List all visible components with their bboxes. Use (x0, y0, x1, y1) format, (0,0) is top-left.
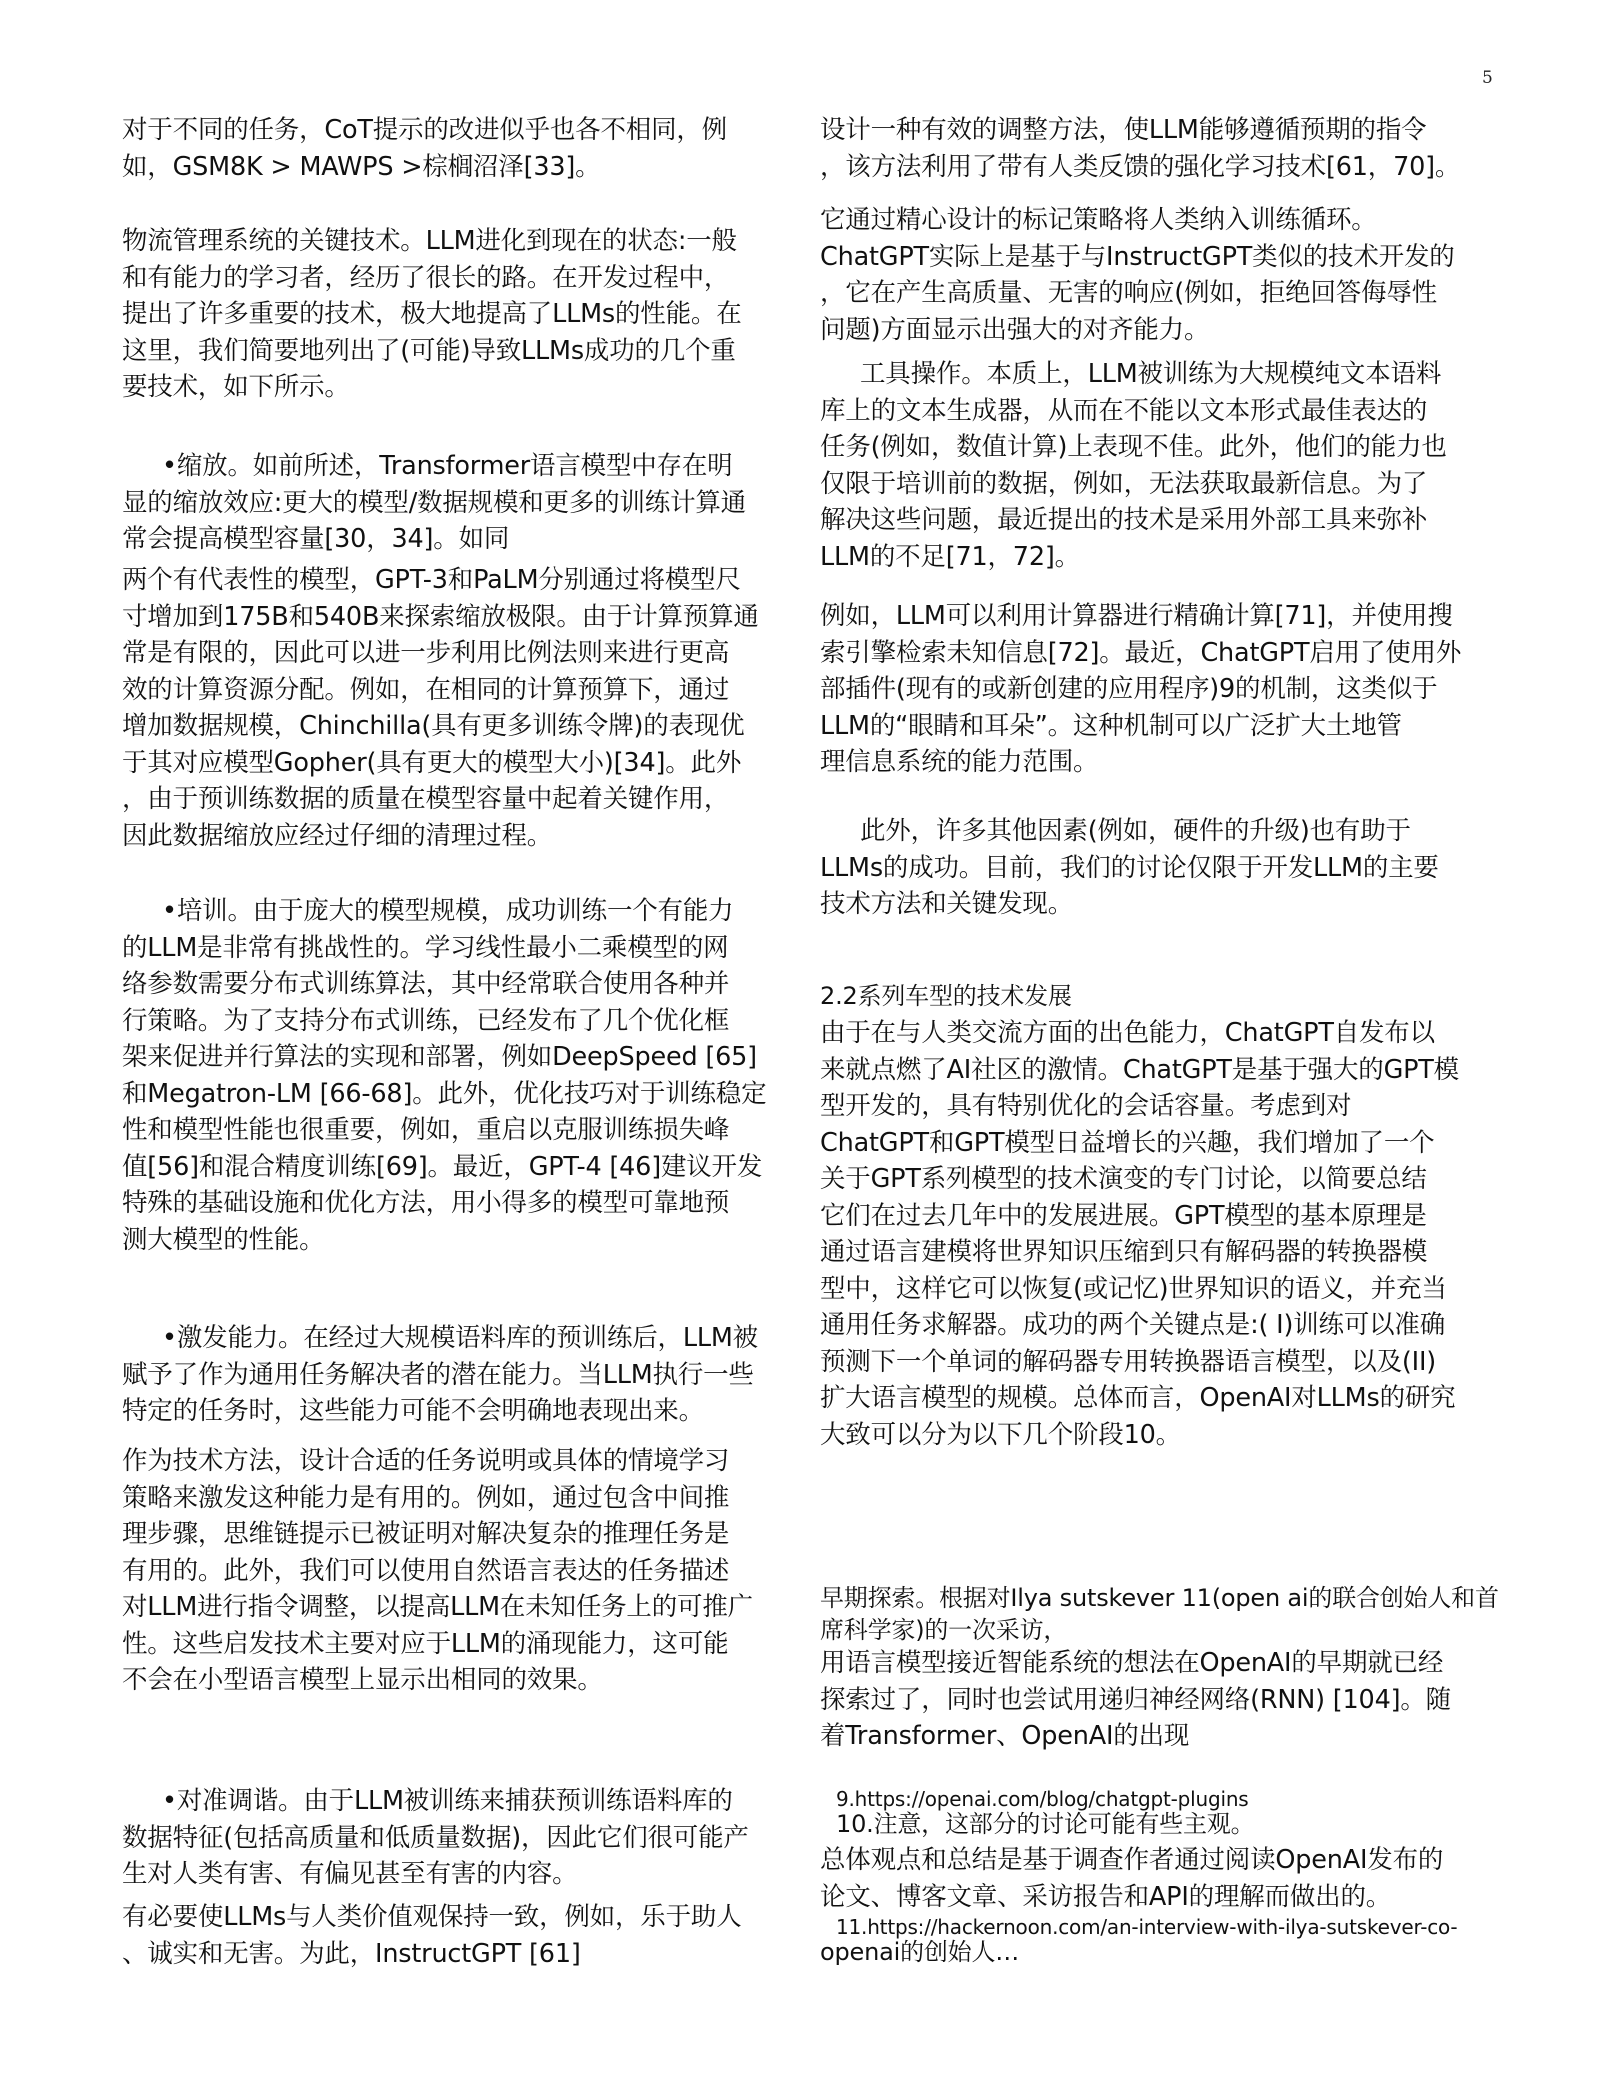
paragraph-instruction-tuning: 设计一种有效的调整方法，使LLM能够遵循预期的指令 ，该方法利用了带有人类反馈的… (820, 112, 1520, 185)
section-heading: 2.2系列车型的技术发展 (820, 978, 1520, 1015)
bullet-training: •培训。由于庞大的模型规模，成功训练一个有能力 的LLM是非常有挑战性的。学习线… (122, 893, 822, 1258)
paragraph-tool-continued: 例如，LLM可以利用计算器进行精确计算[71]，并使用搜 索引擎检索未知信息[7… (820, 598, 1520, 781)
footnote-11-continued: openai的创始人… (820, 1936, 1520, 1968)
paragraph-tool-manipulation: 工具操作。本质上，LLM被训练为大规模纯文本语料 库上的文本生成器，从而在不能以… (820, 356, 1520, 575)
paragraph-alignment-continued: 有必要使LLMs与人类价值观保持一致，例如，乐于助人 、诚实和无害。为此，Ins… (122, 1899, 822, 1972)
bullet-eliciting: •激发能力。在经过大规模语料库的预训练后，LLM被 赋予了作为通用任务解决者的潜… (122, 1320, 822, 1430)
paragraph-scaling-continued: 两个有代表性的模型，GPT-3和PaLM分别通过将模型尺 寸增加到175B和54… (122, 562, 822, 854)
footnote-10: 10.注意，这部分的讨论可能有些主观。 (820, 1808, 1536, 1840)
paragraph-other-factors: 此外，许多其他因素(例如，硬件的升级)也有助于 LLMs的成功。目前，我们的讨论… (820, 813, 1520, 923)
bullet-scaling: •缩放。如前所述，Transformer语言模型中存在明 显的缩放效应:更大的模… (122, 448, 822, 558)
footnote-10-continued: 总体观点和总结是基于调查作者通过阅读OpenAI发布的 论文、博客文章、采访报告… (820, 1842, 1520, 1915)
paragraph-key-techniques: 物流管理系统的关键技术。LLM进化到现在的状态:一般 和有能力的学习者，经历了很… (122, 223, 822, 406)
paragraph-chatgpt-alignment: 它通过精心设计的标记策略将人类纳入训练循环。 ChatGPT实际上是基于与Ins… (820, 202, 1520, 348)
page-number: 5 (1482, 68, 1493, 88)
paragraph-early-continued: 用语言模型接近智能系统的想法在OpenAI的早期就已经 探索过了，同时也尝试用递… (820, 1645, 1520, 1755)
paragraph-cot-improvement: 对于不同的任务，CoT提示的改进似乎也各不相同，例 如，GSM8K > MAWP… (122, 112, 822, 185)
paragraph-early-exploration: 早期探索。根据对Ilya sutskever 11(open ai的联合创始人和… (820, 1582, 1520, 1646)
paragraph-section-body: 由于在与人类交流方面的出色能力，ChatGPT自发布以 来就点燃了AI社区的激情… (820, 1015, 1520, 1453)
bullet-alignment: •对准调谐。由于LLM被训练来捕获预训练语料库的 数据特征(包括高质量和低质量数… (122, 1783, 822, 1893)
paragraph-eliciting-continued: 作为技术方法，设计合适的任务说明或具体的情境学习 策略来激发这种能力是有用的。例… (122, 1443, 822, 1699)
